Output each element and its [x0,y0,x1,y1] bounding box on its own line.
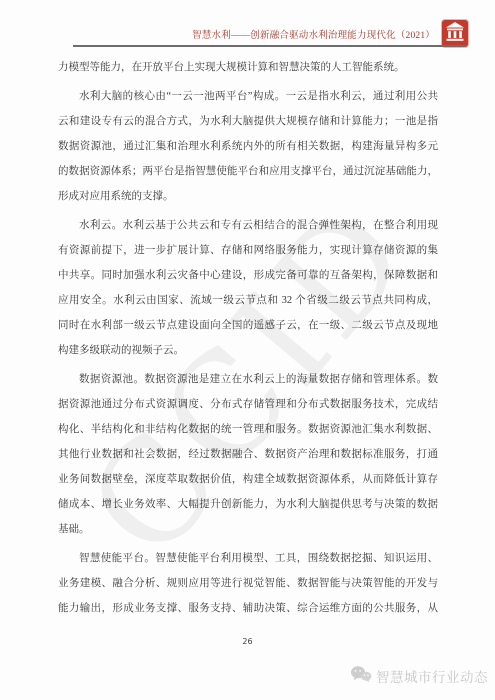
paragraph: 水利大脑的核心由“一云一池两平台”构成。一云是指水利云，通过利用公共云和建设专有… [58,84,438,209]
text-line: 应用安全。水利云由国家、流域一级云节点和 32 个省级二级云节点共同构成， [58,288,438,313]
text-line: 同时在水利部一级云节点建设面向全国的遥感子云，在一级、二级云节点及现地 [58,313,438,338]
paragraph: 水利云。水利云基于公共云和专有云相结合的混合弹性架构，在整合利用现有资源前提下，… [58,213,438,363]
text-line: 智慧使能平台。智慧使能平台利用模型、工具，围绕数据挖掘、知识运用、 [58,546,438,571]
text-line: 形成对应用系统的支撑。 [58,184,438,209]
paragraph: 智慧使能平台。智慧使能平台利用模型、工具，围绕数据挖掘、知识运用、业务建模、融合… [58,546,438,621]
text-line: 能力输出，形成业务支撑、服务支持、辅助决策、综合运维方面的公共服务，从 [58,596,438,621]
text-line: 中共享。同时加强水利云灾备中心建设，形成完备可靠的互备架构，保障数据和 [58,263,438,288]
text-line: 业务建模、融合分析、规则应用等进行视觉智能、数据智能与决策智能的开发与 [58,571,438,596]
body-text: 力模型等能力，在开放平台上实现大规模计算和智慧决策的人工智能系统。水利大脑的核心… [58,55,438,621]
page-number: 26 [0,637,495,646]
paragraph: 力模型等能力，在开放平台上实现大规模计算和智慧决策的人工智能系统。 [58,55,438,80]
text-line: 构化、半结构化和非结构化数据的统一管理和服务。数据资源池汇集水利数据、 [58,417,438,442]
header-title: 智慧水利——创新融合驱动水利治理能力现代化（2021） [192,27,435,41]
brand-watermark-label: 智慧城市行业动态 [376,666,488,686]
text-line: 储成本、增长业务效率、大幅提升创新能力，为水利大脑提供思考与决策的数据 [58,492,438,517]
text-line: 水利大脑的核心由“一云一池两平台”构成。一云是指水利云，通过利用公共 [58,84,438,109]
publisher-logo [442,20,468,47]
header-divider [73,45,466,47]
text-line: 云和建设专有云的混合方式，为水利大脑提供大规模存储和计算能力；一池是指 [58,109,438,134]
text-line: 其他行业数据和社会数据，经过数据融合、数据资产治理和数据标准服务，打通 [58,442,438,467]
text-line: 构建多级联动的视频子云。 [58,338,438,363]
text-line: 有资源前提下，进一步扩展计算、存储和网络服务能力，实现计算存储资源的集 [58,238,438,263]
brand-watermark: 智慧城市行业动态 [350,665,488,687]
document-page: 智慧水利——创新融合驱动水利治理能力现代化（2021） CCID 力模型等能力，… [0,0,495,700]
text-line: 数据资源池，通过汇集和治理水利系统内外的所有相关数据，构建海量异构多元 [58,134,438,159]
text-line: 基础。 [58,517,438,542]
text-line: 数据资源池。数据资源池是建立在水利云上的海量数据存储和管理体系。数 [58,367,438,392]
text-line: 力模型等能力，在开放平台上实现大规模计算和智慧决策的人工智能系统。 [58,55,438,80]
paragraph: 数据资源池。数据资源池是建立在水利云上的海量数据存储和管理体系。数据资源池通过分… [58,367,438,542]
text-line: 的数据资源体系；两平台是指智慧使能平台和应用支撑平台，通过沉淀基础能力， [58,159,438,184]
text-line: 水利云。水利云基于公共云和专有云相结合的混合弹性架构，在整合利用现 [58,213,438,238]
wechat-icon [350,665,372,687]
text-line: 据资源池通过分布式资源调度、分布式存储管理和分布式数据服务技术，完成结 [58,392,438,417]
text-line: 业务间数据壁垒，深度萃取数据价值，构建全域数据资源体系，从而降低计算存 [58,467,438,492]
temple-building-icon [445,21,465,47]
